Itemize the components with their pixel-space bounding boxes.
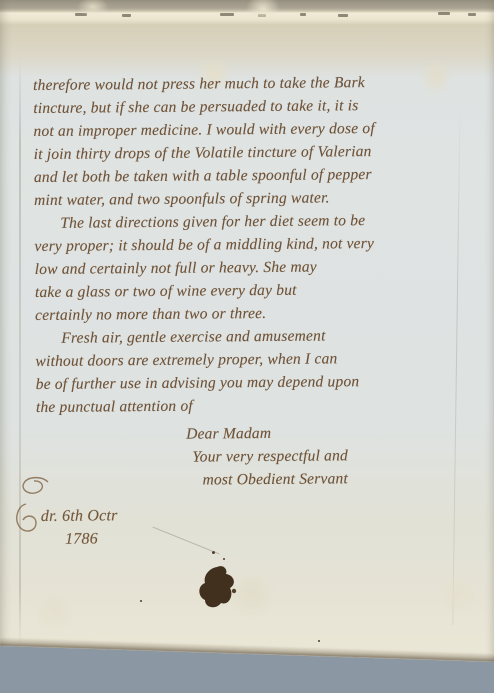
letter-photo: therefore would not press her much to ta… — [0, 0, 494, 693]
page-edge-nick — [220, 13, 234, 16]
ink-speck — [318, 640, 320, 642]
page-edge-nick — [300, 13, 306, 16]
ink-blot — [196, 564, 240, 616]
page-edge-nick — [122, 14, 131, 17]
page-edge-nick — [468, 13, 476, 16]
page-edge-nick — [338, 14, 348, 17]
paste-stain — [35, 590, 75, 632]
closing-signoff: most Obedient Servant — [36, 466, 468, 493]
ink-speck — [223, 558, 225, 560]
docket-year: 1786 — [37, 524, 469, 551]
letter-page: therefore would not press her much to ta… — [0, 0, 494, 693]
paste-stain — [438, 574, 478, 614]
paste-stain — [77, 0, 109, 17]
page-edge-nick — [438, 12, 450, 15]
letter-body: therefore would not press her much to ta… — [33, 70, 469, 551]
date-docket: dr. 6th Octr 1786 — [37, 501, 469, 551]
letter-closing: Dear Madam Your very respectful and most… — [36, 420, 469, 493]
page-bottom-edge — [0, 637, 494, 662]
ink-speck — [140, 600, 142, 602]
paste-stain — [246, 0, 280, 24]
letter-line: the punctual attention of — [36, 392, 468, 419]
